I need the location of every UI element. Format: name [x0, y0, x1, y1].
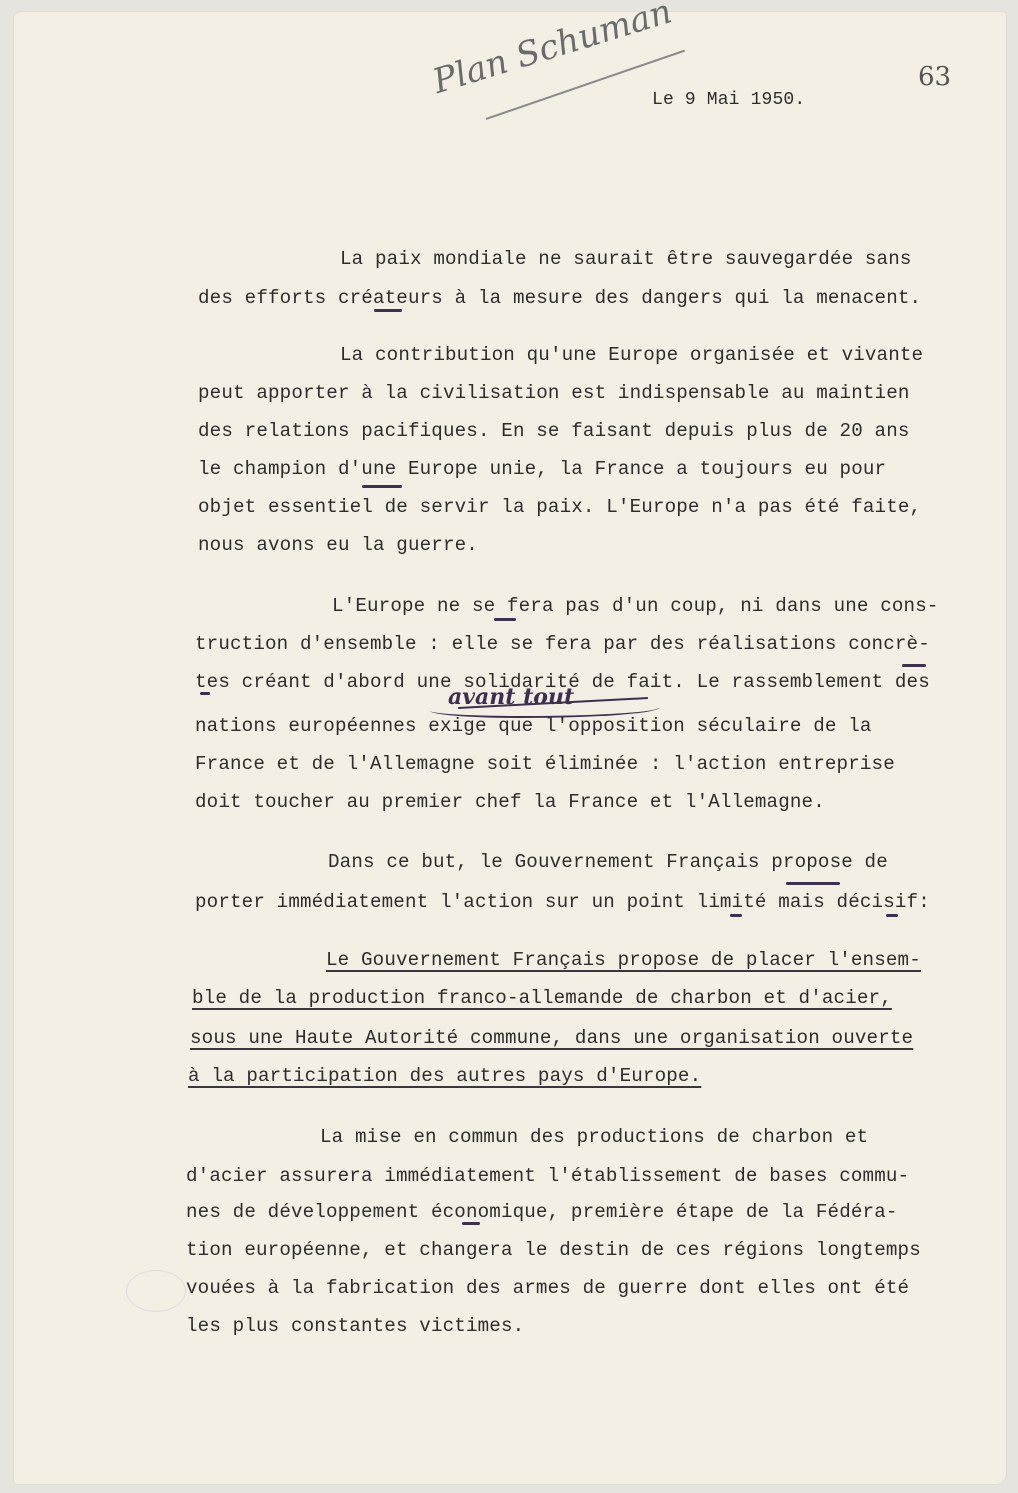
- pen-mark-europe: [362, 485, 402, 488]
- proposal-line-2: ble de la production franco-allemande de…: [192, 988, 892, 1008]
- paragraph-6-line-1: La mise en commun des productions de cha…: [320, 1127, 868, 1147]
- paragraph-4-line-1: Dans ce but, le Gouvernement Français pr…: [328, 852, 888, 872]
- paragraph-6-line-4: tion européenne, et changera le destin d…: [186, 1240, 921, 1260]
- paragraph-4-line-2: porter immédiatement l'action sur un poi…: [195, 892, 930, 912]
- paragraph-3-line-6: doit toucher au premier chef la France e…: [195, 792, 825, 812]
- document-date: Le 9 Mai 1950.: [652, 90, 805, 110]
- proposal-line-1: Le Gouvernement Français propose de plac…: [326, 950, 921, 970]
- pen-mark-tes: [200, 692, 210, 695]
- paragraph-1-line-2: des efforts créateurs à la mesure des da…: [198, 288, 921, 308]
- proposal-line-3: sous une Haute Autorité commune, dans un…: [190, 1028, 913, 1048]
- pen-mark-propose: [786, 882, 840, 885]
- paragraph-2-line-5: objet essentiel de servir la paix. L'Eur…: [198, 497, 921, 517]
- paragraph-6-line-5: vouées à la fabrication des armes de gue…: [186, 1278, 909, 1298]
- paragraph-6-line-3: nes de développement économique, premièr…: [186, 1202, 898, 1222]
- paragraph-3-line-5: France et de l'Allemagne soit éliminée :…: [195, 754, 895, 774]
- pen-mark-economique: [462, 1222, 480, 1225]
- paragraph-3-line-2: truction d'ensemble : elle se fera par d…: [195, 634, 930, 654]
- paragraph-2-line-6: nous avons eu la guerre.: [198, 535, 478, 555]
- proposal-line-4: à la participation des autres pays d'Eur…: [188, 1066, 701, 1086]
- paragraph-6-line-2: d'acier assurera immédiatement l'établis…: [186, 1166, 909, 1186]
- pen-mark-limite: [730, 914, 742, 917]
- paragraph-2-line-1: La contribution qu'une Europe organisée …: [340, 345, 923, 365]
- pen-mark-decisif: [886, 914, 898, 917]
- pen-mark-createurs: [374, 309, 402, 312]
- paragraph-2-line-4: le champion d'une Europe unie, la France…: [198, 459, 886, 479]
- paragraph-2-line-2: peut apporter à la civilisation est indi…: [198, 383, 910, 403]
- paragraph-1-line-1: La paix mondiale ne saurait être sauvega…: [340, 249, 912, 269]
- pen-mark-concretes: [902, 664, 926, 667]
- archive-stamp: [126, 1270, 186, 1312]
- paragraph-3-line-4: nations européennes exige que l'oppositi…: [195, 716, 872, 736]
- page-number: 63: [918, 62, 951, 92]
- document-page: [14, 12, 1006, 1484]
- paragraph-3-line-1: L'Europe ne se fera pas d'un coup, ni da…: [332, 596, 939, 616]
- paragraph-2-line-3: des relations pacifiques. En se faisant …: [198, 421, 910, 441]
- paragraph-6-line-6: les plus constantes victimes.: [186, 1316, 524, 1336]
- pen-mark-un: [494, 618, 516, 621]
